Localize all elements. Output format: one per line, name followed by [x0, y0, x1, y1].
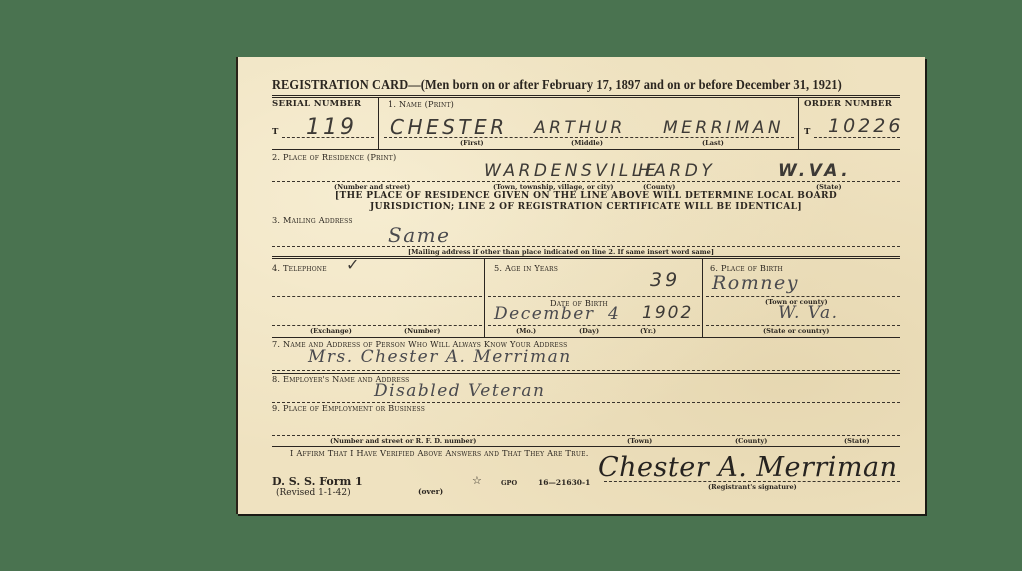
signature-caption: (Registrant's signature) — [708, 483, 797, 491]
telephone-label: 4. Telephone — [272, 263, 327, 273]
divider — [378, 97, 379, 149]
telephone-check-icon: ✓ — [346, 255, 362, 274]
over-note: (over) — [418, 487, 443, 496]
order-line — [814, 137, 900, 138]
last-name-value: MERRIMAN — [663, 118, 784, 138]
row-rule — [272, 337, 900, 338]
row-rule — [272, 446, 900, 447]
first-caption: (First) — [460, 139, 484, 147]
notice-line-1: [THE PLACE OF RESIDENCE GIVEN ON THE LIN… — [272, 191, 900, 202]
gpo-label: GPO — [501, 479, 517, 487]
star-icon: ☆ — [472, 474, 482, 487]
contact-value: Mrs. Chester A. Merriman — [308, 347, 572, 367]
residence-label: 2. Place of Residence (Print) — [272, 152, 396, 162]
day-caption: (Day) — [579, 327, 599, 335]
order-value: 10226 — [828, 115, 903, 137]
age-label: 5. Age in Years — [494, 263, 558, 273]
town-caption: (Town, township, village, or city) — [493, 183, 614, 191]
employment-state-caption: (State) — [844, 437, 870, 445]
divider — [798, 97, 799, 149]
street-caption: (Number and street) — [334, 183, 410, 191]
employment-street-caption: (Number and street or R. F. D. number) — [330, 437, 476, 445]
age-line — [488, 296, 700, 297]
state-or-country-caption: (State or country) — [763, 327, 829, 335]
birthplace-town-value: Romney — [712, 272, 799, 294]
affirmation-text: I Affirm That I Have Verified Above Answ… — [290, 448, 589, 458]
telephone-line-2 — [272, 325, 482, 326]
last-caption: (Last) — [702, 139, 724, 147]
divider — [484, 259, 485, 337]
jurisdiction-notice: [THE PLACE OF RESIDENCE GIVEN ON THE LIN… — [272, 191, 900, 213]
row-rule — [272, 149, 900, 150]
mo-caption: (Mo.) — [516, 327, 536, 335]
mailing-line — [272, 246, 900, 247]
middle-name-value: ARTHUR — [534, 118, 626, 138]
age-value: 39 — [650, 269, 680, 291]
residence-county-value: HARDY — [638, 161, 715, 181]
dob-year-value: 1902 — [642, 303, 693, 323]
divider — [702, 259, 703, 337]
dob-day-value: 4 — [608, 304, 620, 324]
registration-card: REGISTRATION CARD—(Men born on or after … — [236, 57, 925, 514]
serial-prefix: T — [272, 127, 279, 137]
name-label: 1. Name (Print) — [388, 99, 454, 109]
employment-county-caption: (County) — [735, 437, 767, 445]
middle-caption: (Middle) — [571, 139, 603, 147]
contact-line — [272, 370, 900, 371]
section-rule — [272, 256, 900, 259]
form-number: D. S. S. Form 1 — [272, 475, 363, 488]
employment-town-caption: (Town) — [627, 437, 652, 445]
serial-number-label: SERIAL NUMBER — [272, 99, 361, 109]
birthplace-state-value: W. Va. — [778, 303, 839, 323]
county-caption: (County) — [643, 183, 675, 191]
exchange-caption: (Exchange) — [310, 327, 352, 335]
telephone-line-1 — [272, 296, 482, 297]
revised-date: (Revised 1-1-42) — [276, 488, 351, 498]
serial-value: 119 — [306, 115, 357, 140]
birthplace-town-line — [706, 296, 900, 297]
registrant-signature: Chester A. Merriman — [598, 452, 898, 483]
residence-town-value: WARDENSVILLE — [484, 161, 659, 181]
residence-state-value: W.VA. — [778, 161, 851, 181]
signature-line — [604, 481, 900, 482]
first-name-value: CHESTER — [390, 115, 508, 139]
order-prefix: T — [804, 127, 811, 137]
residence-line — [272, 181, 900, 182]
mailing-value: Same — [388, 223, 450, 247]
state-caption: (State) — [816, 183, 842, 191]
number-caption: (Number) — [404, 327, 440, 335]
mailing-caption: [Mailing address if other than place ind… — [408, 248, 714, 256]
yr-caption: (Yr.) — [640, 327, 656, 335]
notice-line-2: JURISDICTION; LINE 2 OF REGISTRATION CER… — [272, 202, 900, 213]
card-title: REGISTRATION CARD—(Men born on or after … — [272, 77, 842, 93]
order-number-label: ORDER NUMBER — [804, 99, 892, 109]
title-rule — [272, 95, 900, 98]
gpo-number: 16—21630-1 — [538, 478, 590, 487]
mailing-label: 3. Mailing Address — [272, 215, 353, 225]
dob-line — [488, 325, 700, 326]
dob-month-value: December — [494, 304, 594, 324]
employer-value: Disabled Veteran — [374, 381, 545, 401]
employment-place-line — [272, 435, 900, 436]
birthplace-state-line — [706, 325, 900, 326]
employment-place-label: 9. Place of Employment or Business — [272, 403, 425, 413]
